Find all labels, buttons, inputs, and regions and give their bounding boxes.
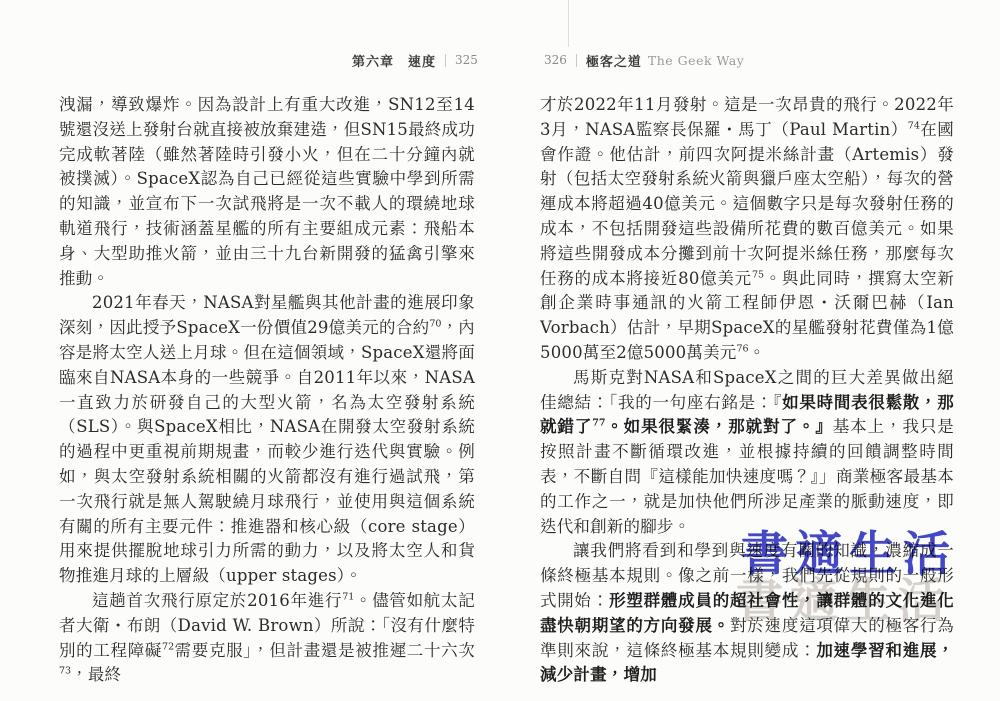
header-divider bbox=[445, 54, 446, 67]
text-run: 在國會作證。他估計，前四次阿提米絲計畫（Artemis）發射（包括太空發射系統火… bbox=[540, 120, 954, 288]
book-spread: 第六章 速度 325 326 極客之道 The Geek Way 洩漏，導致爆炸… bbox=[0, 0, 1000, 701]
footnote-reference: 73 bbox=[59, 666, 71, 677]
paragraph: 讓我們將看到和學到與速度有關的知識，濃縮成一條終極基本規則。像之前一樣，我們先從… bbox=[540, 539, 954, 688]
paragraph: 才於2022年11月發射。這是一次昂貴的飛行。2022年3月，NASA監察長保羅… bbox=[540, 93, 954, 366]
text-run: 。 bbox=[749, 343, 766, 362]
text-run: 才於2022年11月發射。這是一次昂貴的飛行。2022年3月，NASA監察長保羅… bbox=[540, 95, 954, 139]
footnote-reference: 75 bbox=[752, 269, 764, 280]
page-326-text-column: 才於2022年11月發射。這是一次昂貴的飛行。2022年3月，NASA監察長保羅… bbox=[540, 93, 954, 688]
text-run: 洩漏，導致爆炸。因為設計上有重大改進，SN12至14號還沒送上發射台就直接被放棄… bbox=[59, 95, 475, 288]
footnote-reference: 72 bbox=[162, 641, 174, 652]
chapter-title: 第六章 速度 bbox=[352, 51, 436, 70]
footnote-reference: 77 bbox=[592, 418, 605, 429]
page-number-left: 325 bbox=[455, 53, 478, 67]
book-title-english: The Geek Way bbox=[648, 53, 744, 68]
text-run: 2021年春天，NASA對星艦與其他計畫的進展印象深刻，因此授予SpaceX一份… bbox=[59, 293, 475, 337]
paragraph: 這趟首次飛行原定於2016年進行71。儘管如航太記者大衛・布朗（David W.… bbox=[59, 589, 475, 688]
text-run: 這趟首次飛行原定於2016年進行 bbox=[92, 591, 342, 610]
footnote-reference: 71 bbox=[342, 591, 354, 602]
book-title: 極客之道 bbox=[586, 51, 642, 70]
page-325-text-column: 洩漏，導致爆炸。因為設計上有重大改進，SN12至14號還沒送上發射台就直接被放棄… bbox=[59, 93, 475, 688]
page-number-right: 326 bbox=[544, 53, 567, 67]
gutter-crop-mark bbox=[568, 0, 569, 47]
running-head-right: 326 極客之道 The Geek Way bbox=[544, 52, 744, 68]
text-run: 需要克服」，但計畫還是被推遲二十六次 bbox=[174, 641, 475, 660]
text-run: ，最終 bbox=[71, 665, 121, 684]
text-run: ，內容是將太空人送上月球。但在這個領域，SpaceX還將面臨來自NASA本身的一… bbox=[59, 318, 475, 585]
text-run: 。如果很緊湊，那就對了。』 bbox=[606, 417, 833, 436]
paragraph: 2021年春天，NASA對星艦與其他計畫的進展印象深刻，因此授予SpaceX一份… bbox=[59, 291, 475, 589]
footnote-reference: 74 bbox=[908, 120, 920, 131]
footnote-reference: 70 bbox=[429, 319, 441, 330]
paragraph: 馬斯克對NASA和SpaceX之間的巨大差異做出絕佳總結：「我的一句座右銘是：『… bbox=[540, 366, 954, 540]
footnote-reference: 76 bbox=[736, 343, 748, 354]
header-divider bbox=[576, 54, 577, 67]
paragraph: 洩漏，導致爆炸。因為設計上有重大改進，SN12至14號還沒送上發射台就直接被放棄… bbox=[59, 93, 475, 291]
running-head-left: 第六章 速度 325 bbox=[352, 52, 478, 68]
